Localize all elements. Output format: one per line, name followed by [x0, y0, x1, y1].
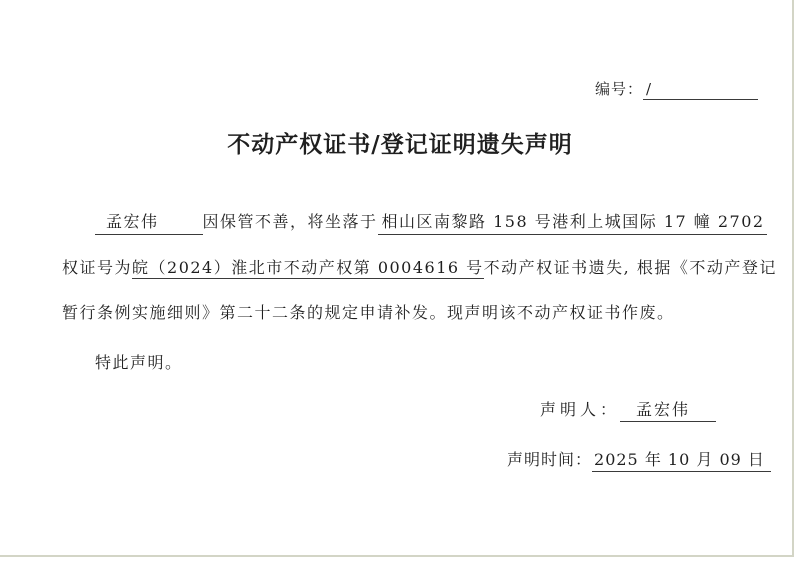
document-number-label: 编号：: [595, 78, 643, 99]
lost-statement-text: 不动产权证书遗失, 根据《不动产登记: [484, 258, 777, 277]
declaration-document-page: 编号： / 不动产权证书/登记证明遗失声明 孟宏伟因保管不善，将坐落于相山区南黎…: [0, 0, 800, 564]
document-number-value: /: [643, 80, 758, 100]
reason-text: 因保管不善，将坐落于: [203, 212, 378, 231]
declarant-signature-line: 声明人：孟宏伟: [540, 397, 716, 422]
page-edge-bottom: [0, 555, 794, 557]
declarant-label: 声明人：: [540, 400, 620, 419]
cert-lead-text: 权证号为: [62, 258, 132, 277]
closing-text: 特此声明。: [95, 353, 183, 372]
declarant-name-blank: 孟宏伟: [95, 211, 203, 235]
body-line-1: 孟宏伟因保管不善，将坐落于相山区南黎路 158 号港利上城国际 17 幢 270…: [62, 211, 767, 235]
declaration-date-line: 声明时间：2025 年 10 月 09 日: [507, 447, 771, 472]
page-edge-right: [792, 0, 794, 557]
certificate-number-blank: 皖（2024）淮北市不动产权第 0004616 号: [132, 258, 484, 279]
declarant-signature-name: 孟宏伟: [620, 397, 716, 422]
declaration-date-value: 2025 年 10 月 09 日: [592, 447, 771, 472]
closing-statement: 特此声明。: [95, 352, 183, 374]
document-number-line: 编号： /: [595, 78, 758, 100]
document-title: 不动产权证书/登记证明遗失声明: [0, 126, 800, 159]
date-label: 声明时间：: [507, 450, 592, 469]
body-line-2: 权证号为皖（2024）淮北市不动产权第 0004616 号不动产权证书遗失, 根…: [62, 257, 777, 279]
regulation-text: 暂行条例实施细则》第二十二条的规定申请补发。现声明该不动产权证书作废。: [62, 303, 675, 322]
property-address-blank: 相山区南黎路 158 号港利上城国际 17 幢 2702: [378, 211, 767, 235]
body-line-3: 暂行条例实施细则》第二十二条的规定申请补发。现声明该不动产权证书作废。: [62, 302, 675, 324]
